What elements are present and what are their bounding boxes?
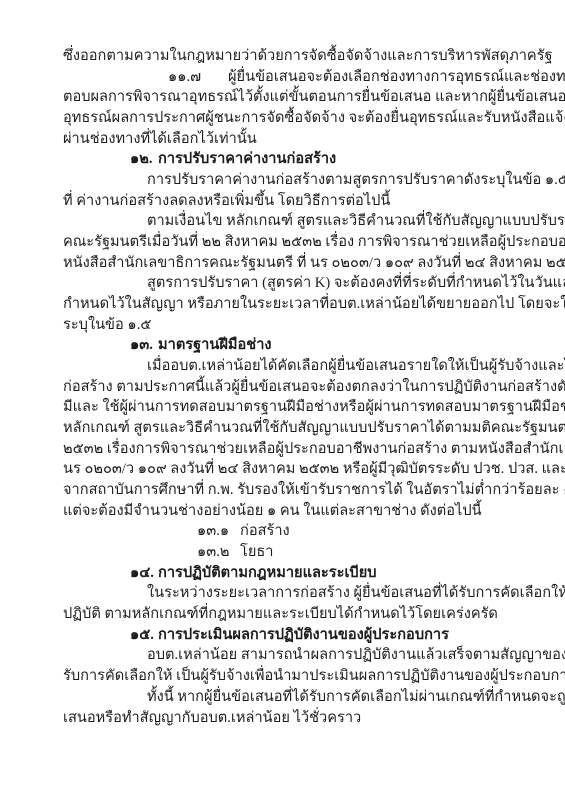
section-14-heading: ๑๔.การปฏิบัติตามกฎหมายและระเบียบ <box>63 563 523 584</box>
document-body: ซึ่งออกตามความในกฎหมายว่าด้วยการจัดซื้อจ… <box>63 46 523 728</box>
paragraph-line: ผ่านช่องทางที่ได้เลือกไว้เท่านั้น <box>63 129 523 150</box>
section-title: การปฏิบัติตามกฎหมายและระเบียบ <box>158 565 377 581</box>
paragraph-line: เมื่ออบต.เหล่าน้อยได้คัดเลือกผู้ยื่นข้อเ… <box>63 356 523 377</box>
paragraph-line: ปฏิบัติ ตามหลักเกณฑ์ที่กฎหมายและระเบียบไ… <box>63 604 523 625</box>
section-15-heading: ๑๕.การประเมินผลการปฏิบัติงานของผู้ประกอบ… <box>63 625 523 646</box>
subclause-text: โยธา <box>240 544 274 560</box>
paragraph-line: หลักเกณฑ์ สูตรและวิธีคำนวณที่ใช้กับสัญญา… <box>63 418 523 439</box>
paragraph-line: จากสถาบันการศึกษาที่ ก.พ. รับรองให้เข้าร… <box>63 480 523 501</box>
subclause-number: ๑๓.๒ <box>197 542 240 563</box>
paragraph-line: ตอบผลการพิจารณาอุทธรณ์ไว้ตั้งแต่ขั้นตอนก… <box>63 87 523 108</box>
section-number: ๑๔. <box>130 563 158 584</box>
clause-number: ๑๑.๗ <box>168 67 228 88</box>
paragraph-line: การปรับราคาค่างานก่อสร้างตามสูตรการปรับร… <box>63 170 523 191</box>
subclause-13-1: ๑๓.๑ก่อสร้าง <box>63 521 523 542</box>
paragraph-line: อุทธรณ์ผลการประกาศผู้ชนะการจัดซื้อจัดจ้า… <box>63 108 523 129</box>
subclause-13-2: ๑๓.๒โยธา <box>63 542 523 563</box>
paragraph-line: ก่อสร้าง ตามประกาศนี้แล้วผู้ยื่นข้อเสนอจ… <box>63 377 523 398</box>
section-13-heading: ๑๓.มาตรฐานฝีมือช่าง <box>63 335 523 356</box>
paragraph-line: ทั้งนี้ หากผู้ยื่นข้อเสนอที่ได้รับการคัด… <box>63 687 523 708</box>
clause-text: ผู้ยื่นข้อเสนอจะต้องเลือกช่องทางการอุทธร… <box>228 69 565 85</box>
paragraph-line: มีและ ใช้ผู้ผ่านการทดสอบมาตรฐานฝีมือช่าง… <box>63 397 523 418</box>
subclause-number: ๑๓.๑ <box>197 521 240 542</box>
section-title: การปรับราคาค่างานก่อสร้าง <box>158 151 336 167</box>
paragraph-line: ที่ ค่างานก่อสร้างลดลงหรือเพิ่มขึ้น โดยว… <box>63 191 523 212</box>
clause-11-7: ๑๑.๗ผู้ยื่นข้อเสนอจะต้องเลือกช่องทางการอ… <box>63 67 523 88</box>
paragraph-line: ระบุในข้อ ๑.๕ <box>63 315 523 336</box>
document-page: ซึ่งออกตามความในกฎหมายว่าด้วยการจัดซื้อจ… <box>0 0 565 800</box>
section-title: มาตรฐานฝีมือช่าง <box>158 337 272 353</box>
paragraph-line: ๒๕๓๒ เรื่องการพิจารณาช่วยเหลือผู้ประกอบอ… <box>63 439 523 460</box>
paragraph-line: อบต.เหล่าน้อย สามารถนำผลการปฏิบัติงานแล้… <box>63 645 523 666</box>
paragraph-line: เสนอหรือทำสัญญากับอบต.เหล่าน้อย ไว้ชั่วค… <box>63 708 523 729</box>
paragraph-line: หนังสือสำนักเลขาธิการคณะรัฐมนตรี ที่ นร … <box>63 253 523 274</box>
intro-line: ซึ่งออกตามความในกฎหมายว่าด้วยการจัดซื้อจ… <box>63 46 523 67</box>
paragraph-line: คณะรัฐมนตรีเมื่อวันที่ ๒๒ สิงหาคม ๒๕๓๒ เ… <box>63 232 523 253</box>
section-number: ๑๓. <box>130 335 158 356</box>
paragraph-line: นร ๐๒๐๓/ว ๑๐๙ ลงวันที่ ๒๔ สิงหาคม ๒๕๓๒ ห… <box>63 459 523 480</box>
paragraph-line: ในระหว่างระยะเวลาการก่อสร้าง ผู้ยื่นข้อเ… <box>63 583 523 604</box>
section-number: ๑๕. <box>130 625 158 646</box>
section-12-heading: ๑๒.การปรับราคาค่างานก่อสร้าง <box>63 149 523 170</box>
section-number: ๑๒. <box>130 149 158 170</box>
paragraph-line: ตามเงื่อนไข หลักเกณฑ์ สูตรและวิธีคำนวณที… <box>63 211 523 232</box>
subclause-text: ก่อสร้าง <box>240 523 290 539</box>
section-title: การประเมินผลการปฏิบัติงานของผู้ประกอบการ <box>158 627 449 643</box>
paragraph-line: รับการคัดเลือกให้ เป็นผู้รับจ้างเพื่อนำม… <box>63 666 523 687</box>
paragraph-line: แต่จะต้องมีจำนวนช่างอย่างน้อย ๑ คน ในแต่… <box>63 501 523 522</box>
paragraph-line: กำหนดไว้ในสัญญา หรือภายในระยะเวลาที่อบต.… <box>63 294 523 315</box>
paragraph-line: สูตรการปรับราคา (สูตรค่า K) จะต้องคงที่ท… <box>63 273 523 294</box>
